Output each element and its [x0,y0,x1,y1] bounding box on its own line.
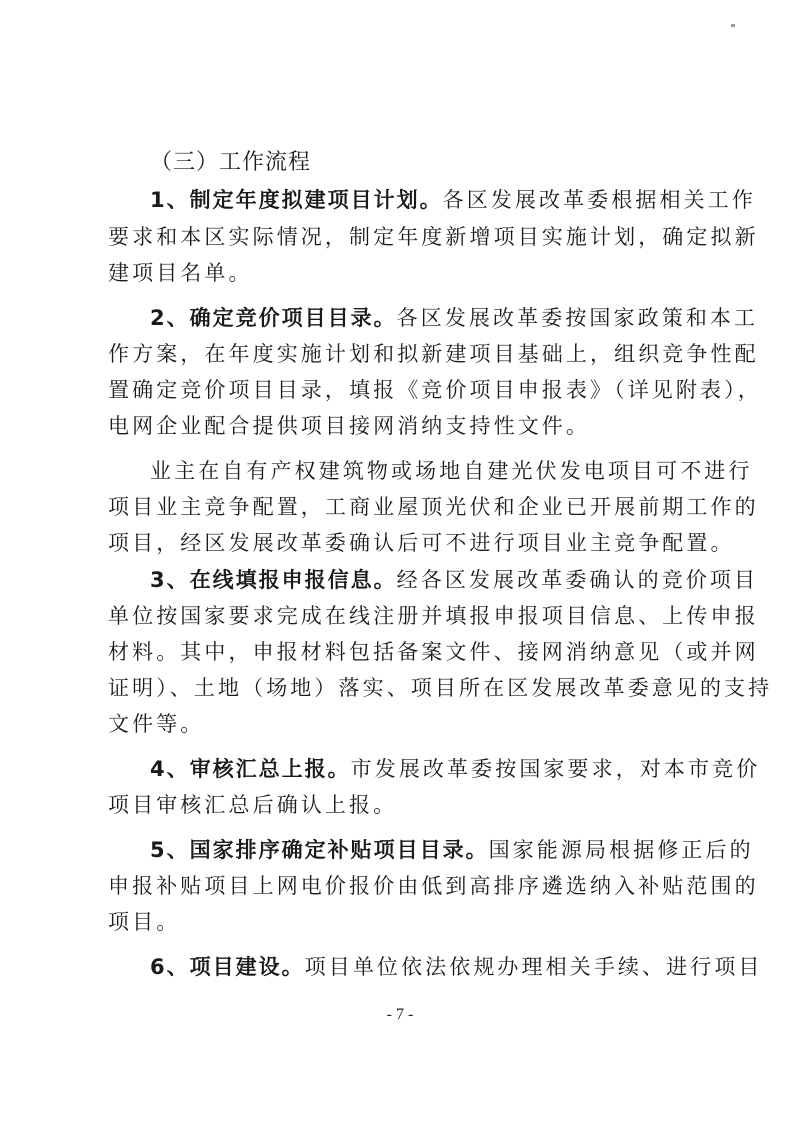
item-3-first-line: 3、在线填报申报信息。经各区发展改革委确认的竞价项目 [150,562,686,598]
item-3-title: 3、在线填报申报信息。 [150,568,397,592]
item-5-line-2: 申报补贴项目上网电价报价由低到高排序遴选纳入补贴范围的 [108,868,686,904]
item-5-text: 国家能源局根据修正后的 [489,838,754,862]
item-3-line-2: 单位按国家要求完成在线注册并填报申报项目信息、上传申报 [108,598,686,634]
item-6-first-line: 6、项目建设。项目单位依法依规办理相关手续、进行项目 [150,949,686,985]
item-6-title: 6、项目建设。 [150,955,305,979]
item-3-line-4: 证明）、土地（场地）落实、项目所在区发展改革委意见的支持 [108,670,686,706]
item-2-text: 各区发展改革委按国家政策和本工 [397,306,759,330]
item-4-text: 市发展改革委按国家要求，对本市竞价 [351,757,761,781]
item-2-title: 2、确定竞价项目目录。 [150,306,397,330]
item-2-line-3: 置确定竞价项目目录，填报《竞价项目申报表》（详见附表）， [108,372,686,408]
scan-mark [731,24,735,27]
item-1-first-line: 1、制定年度拟建项目计划。各区发展改革委根据相关工作 [150,182,686,218]
item-1-line-3: 建项目名单。 [108,255,686,291]
item-3-text: 经各区发展改革委确认的竞价项目 [397,568,759,592]
page-number: - 7 - [0,1006,800,1024]
owner-paragraph-line-1: 业主在自有产权建筑物或场地自建光伏发电项目可不进行 [150,453,686,489]
section-heading: （三）工作流程 [150,145,686,181]
item-1-title: 1、制定年度拟建项目计划。 [150,188,443,212]
item-4-line-2: 项目审核汇总后确认上报。 [108,787,686,823]
owner-paragraph-line-3: 项目，经区发展改革委确认后可不进行项目业主竞争配置。 [108,525,686,561]
item-4-first-line: 4、审核汇总上报。市发展改革委按国家要求，对本市竞价 [150,751,686,787]
item-6-text: 项目单位依法依规办理相关手续、进行项目 [305,955,763,979]
owner-paragraph-line-2: 项目业主竞争配置，工商业屋顶光伏和企业已开展前期工作的 [108,489,686,525]
item-3-line-3: 材料。其中，申报材料包括备案文件、接网消纳意见（或并网 [108,634,686,670]
item-5-first-line: 5、国家排序确定补贴项目目录。国家能源局根据修正后的 [150,832,686,868]
item-3-line-5: 文件等。 [108,706,686,742]
item-1-line-2: 要求和本区实际情况，制定年度新增项目实施计划，确定拟新 [108,219,686,255]
item-2-line-2: 作方案，在年度实施计划和拟新建项目基础上，组织竞争性配 [108,336,686,372]
item-2-first-line: 2、确定竞价项目目录。各区发展改革委按国家政策和本工 [150,300,686,336]
item-4-title: 4、审核汇总上报。 [150,757,351,781]
item-1-text: 各区发展改革委根据相关工作 [443,188,756,212]
item-5-title: 5、国家排序确定补贴项目目录。 [150,838,489,862]
item-2-line-4: 电网企业配合提供项目接网消纳支持性文件。 [108,408,686,444]
item-5-line-3: 项目。 [108,904,686,940]
